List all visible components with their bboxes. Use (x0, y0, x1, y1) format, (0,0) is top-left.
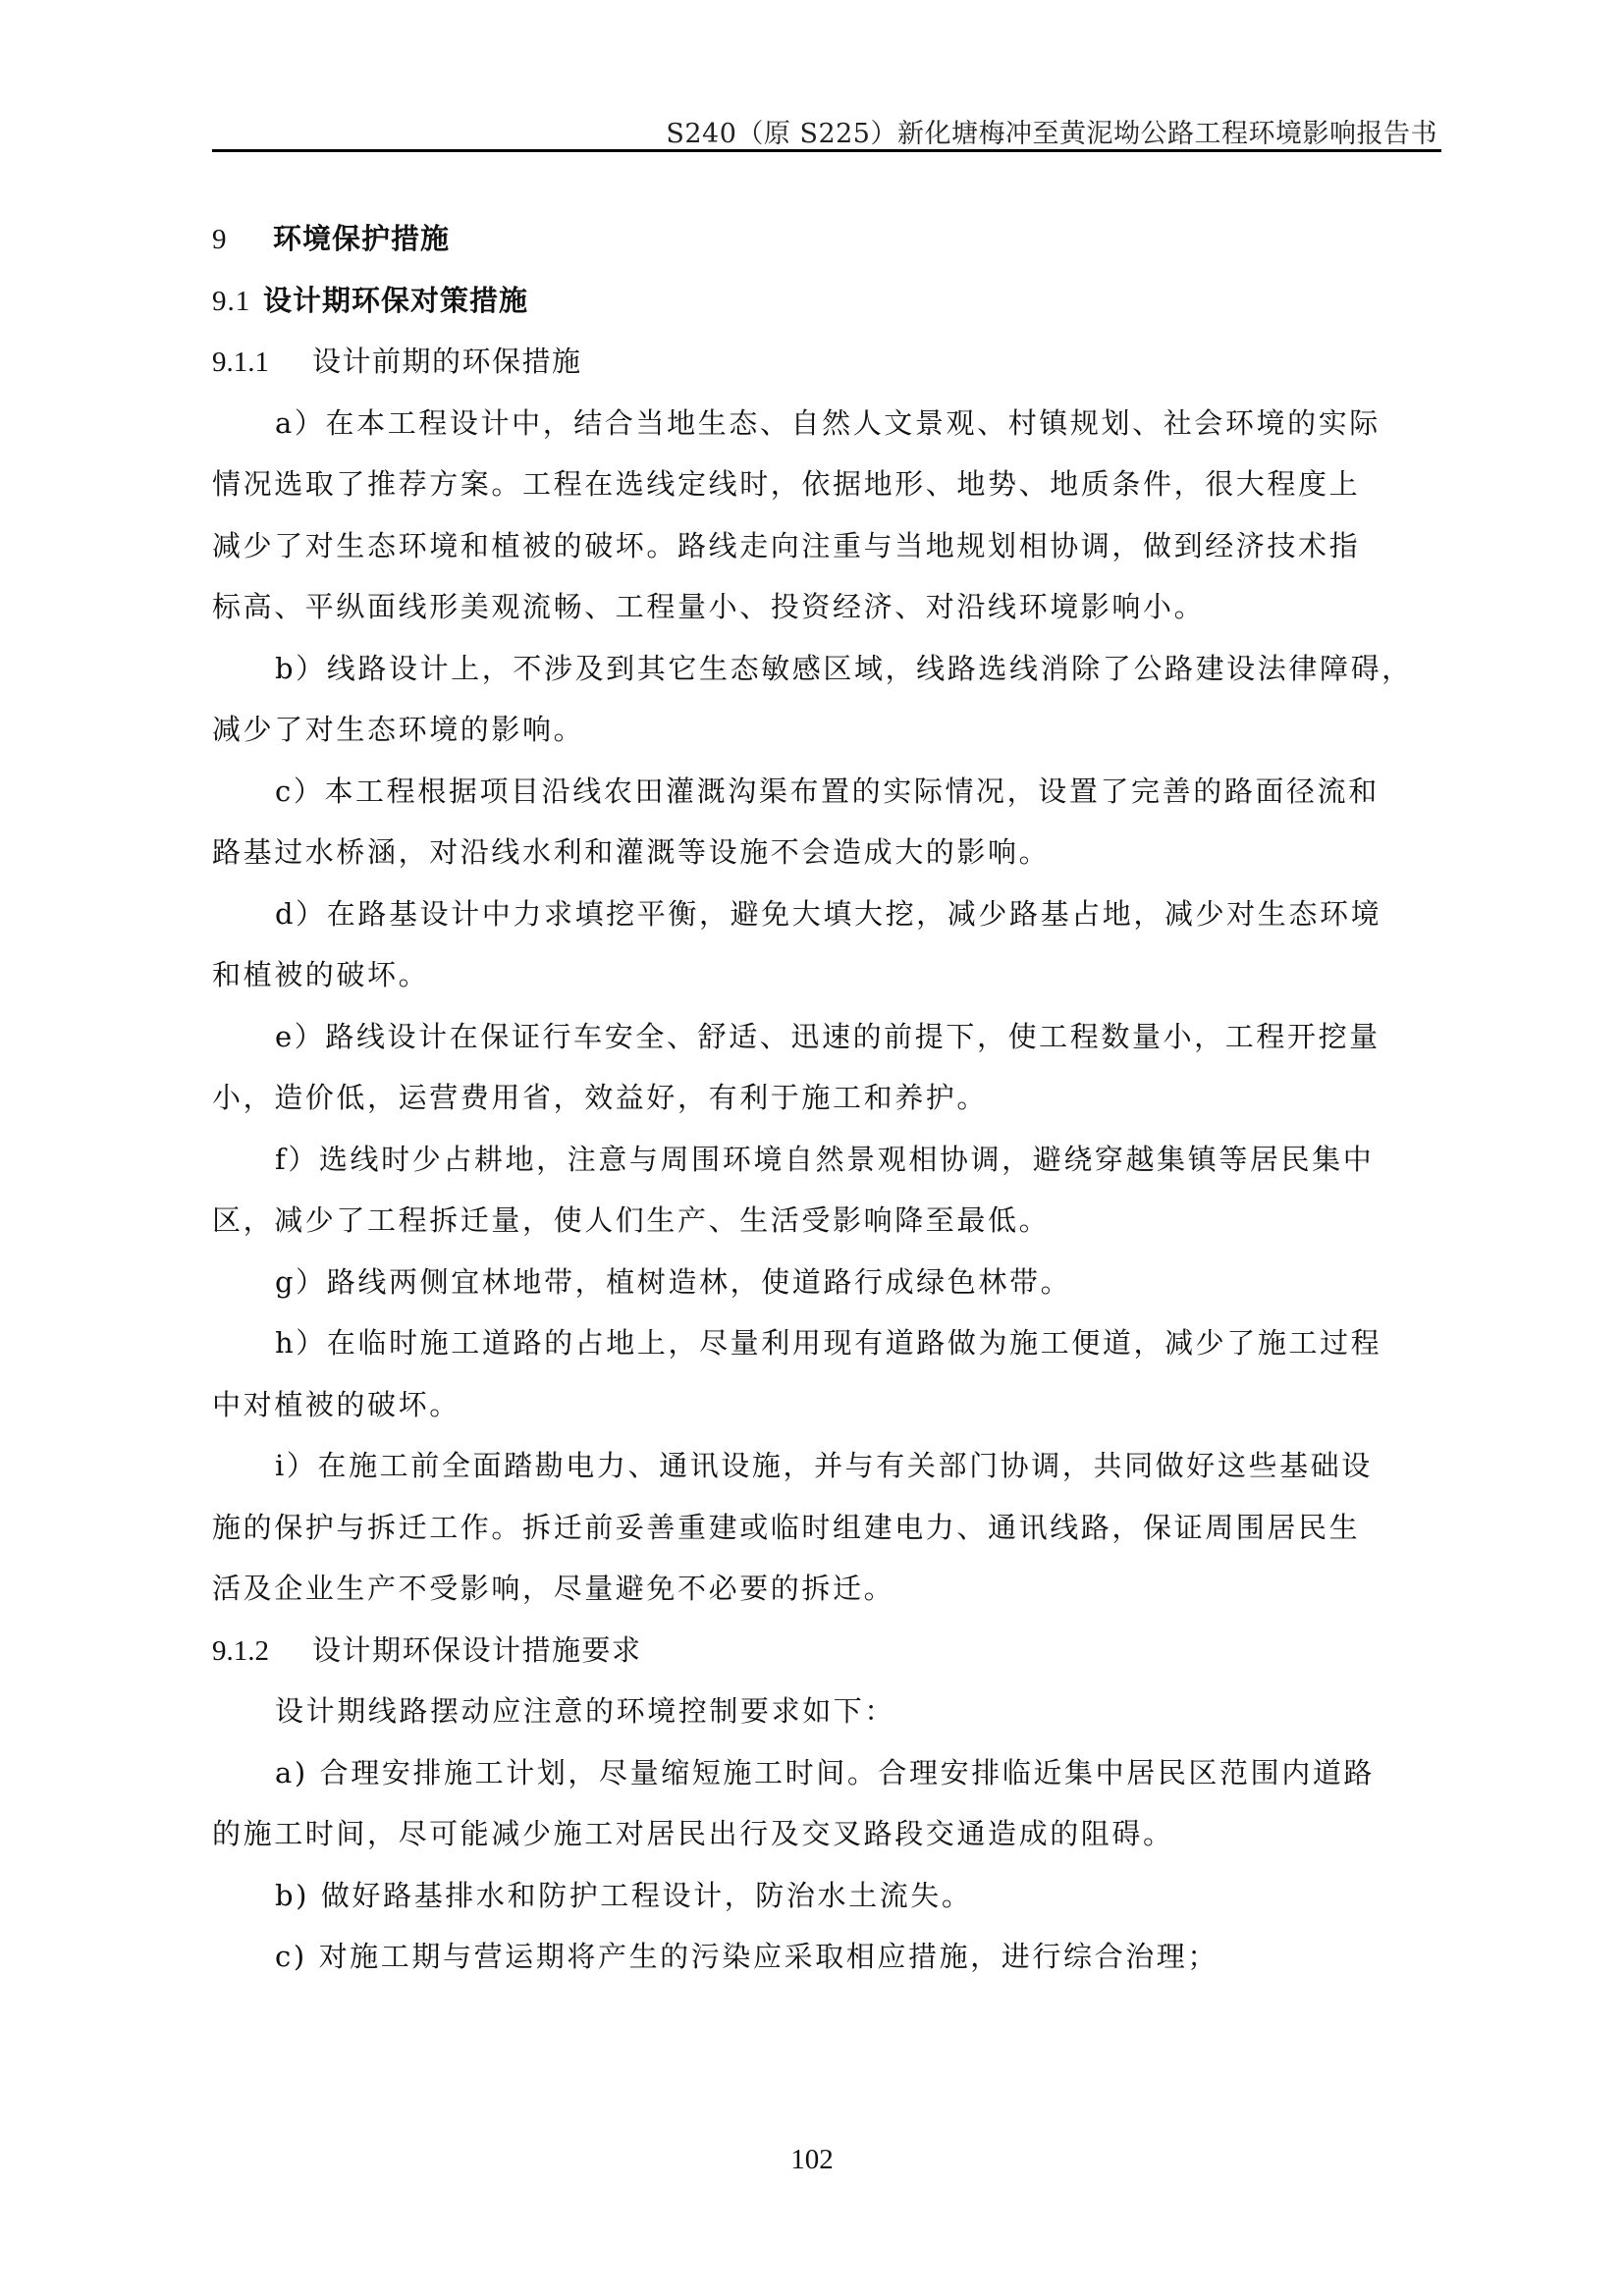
requirement-b: b) 做好路基排水和防护工程设计，防治水土流失。 (212, 1865, 1441, 1927)
paragraph-h: h）在临时施工道路的占地上，尽量利用现有道路做为施工便道，减少了施工过程 中对植… (212, 1312, 1441, 1435)
paragraph-g: g）路线两侧宜林地带，植树造林，使道路行成绿色林带。 (212, 1252, 1441, 1313)
paragraph-line: 施的保护与拆迁工作。拆迁前妥善重建或临时组建电力、通讯线路，保证周围居民生 (212, 1497, 1441, 1559)
paragraph-line: 路基过水桥涵，对沿线水利和灌溉等设施不会造成大的影响。 (212, 822, 1441, 883)
paragraph-line: 标高、平纵面线形美观流畅、工程量小、投资经济、对沿线环境影响小。 (212, 576, 1441, 638)
paragraph-line: 的施工时间，尽可能减少施工对居民出行及交叉路段交通造成的阻碍。 (212, 1803, 1441, 1865)
paragraph-line: 情况选取了推荐方案。工程在选线定线时，依据地形、地势、地质条件，很大程度上 (212, 454, 1441, 515)
paragraph-line: b) 做好路基排水和防护工程设计，防治水土流失。 (212, 1865, 1441, 1927)
requirement-c: c) 对施工期与营运期将产生的污染应采取相应措施，进行综合治理； (212, 1926, 1441, 1988)
paragraph-line: c）本工程根据项目沿线农田灌溉沟渠布置的实际情况，设置了完善的路面径流和 (212, 761, 1441, 823)
paragraph-line: b）线路设计上，不涉及到其它生态敏感区域，线路选线消除了公路建设法律障碍， (212, 638, 1441, 700)
document-body: 9环境保护措施 9.1设计期环保对策措施 9.1.1设计前期的环保措施 a）在本… (212, 208, 1441, 1988)
report-title: S240（原 S225）新化塘梅冲至黄泥坳公路工程环境影响报告书 (666, 112, 1437, 150)
paragraph-line: 减少了对生态环境的影响。 (212, 699, 1441, 761)
paragraph-d: d）在路基设计中力求填挖平衡，避免大填大挖，减少路基占地，减少对生态环境 和植被… (212, 883, 1441, 1006)
heading-number: 9 (212, 209, 273, 271)
paragraph-i: i）在施工前全面踏勘电力、通讯设施，并与有关部门协调，共同做好这些基础设 施的保… (212, 1435, 1441, 1620)
paragraph-line: a）在本工程设计中，结合当地生态、自然人文景观、村镇规划、社会环境的实际 (212, 393, 1441, 454)
heading-title: 设计期环保设计措施要求 (312, 1633, 642, 1667)
paragraph-line: c) 对施工期与营运期将产生的污染应采取相应措施，进行综合治理； (212, 1926, 1441, 1988)
paragraph-a: a）在本工程设计中，结合当地生态、自然人文景观、村镇规划、社会环境的实际 情况选… (212, 393, 1441, 638)
paragraph-line: g）路线两侧宜林地带，植树造林，使道路行成绿色林带。 (212, 1252, 1441, 1313)
heading-number: 9.1.1 (212, 332, 312, 394)
paragraph-line: 区，减少了工程拆迁量，使人们生产、生活受影响降至最低。 (212, 1190, 1441, 1252)
heading-section-9-1-1: 9.1.1设计前期的环保措施 (212, 331, 1441, 393)
paragraph-line: d）在路基设计中力求填挖平衡，避免大填大挖，减少路基占地，减少对生态环境 (212, 883, 1441, 945)
heading-title: 设计期环保对策措施 (263, 284, 528, 317)
paragraph-f: f）选线时少占耕地，注意与周围环境自然景观相协调，避绕穿越集镇等居民集中 区，减… (212, 1129, 1441, 1252)
heading-section-9-1-2: 9.1.2设计期环保设计措施要求 (212, 1620, 1441, 1682)
paragraph-line: 小，造价低，运营费用省，效益好，有利于施工和养护。 (212, 1067, 1441, 1129)
paragraph-line: i）在施工前全面踏勘电力、通讯设施，并与有关部门协调，共同做好这些基础设 (212, 1435, 1441, 1497)
paragraph-b: b）线路设计上，不涉及到其它生态敏感区域，线路选线消除了公路建设法律障碍， 减少… (212, 638, 1441, 761)
paragraph-line: 和植被的破坏。 (212, 944, 1441, 1006)
heading-title: 设计前期的环保措施 (312, 345, 582, 378)
paragraph-line: 活及企业生产不受影响，尽量避免不必要的拆迁。 (212, 1558, 1441, 1620)
heading-section-9-1: 9.1设计期环保对策措施 (212, 270, 1441, 332)
paragraph-e: e）路线设计在保证行车安全、舒适、迅速的前提下，使工程数量小，工程开挖量 小，造… (212, 1006, 1441, 1129)
heading-chapter-9: 9环境保护措施 (212, 208, 1441, 270)
paragraph-line: f）选线时少占耕地，注意与周围环境自然景观相协调，避绕穿越集镇等居民集中 (212, 1129, 1441, 1191)
requirement-a: a) 合理安排施工计划，尽量缩短施工时间。合理安排临近集中居民区范围内道路 的施… (212, 1742, 1441, 1865)
paragraph-line: h）在临时施工道路的占地上，尽量利用现有道路做为施工便道，减少了施工过程 (212, 1312, 1441, 1374)
paragraph-c: c）本工程根据项目沿线农田灌溉沟渠布置的实际情况，设置了完善的路面径流和 路基过… (212, 761, 1441, 883)
paragraph-line: 中对植被的破坏。 (212, 1374, 1441, 1436)
page-number: 102 (0, 2144, 1624, 2176)
paragraph-line: a) 合理安排施工计划，尽量缩短施工时间。合理安排临近集中居民区范围内道路 (212, 1742, 1441, 1804)
header-divider (212, 149, 1441, 152)
paragraph-line: e）路线设计在保证行车安全、舒适、迅速的前提下，使工程数量小，工程开挖量 (212, 1006, 1441, 1068)
heading-title: 环境保护措施 (273, 222, 450, 255)
heading-number: 9.1 (212, 271, 263, 333)
heading-number: 9.1.2 (212, 1621, 312, 1682)
section-intro: 设计期线路摆动应注意的环境控制要求如下： (212, 1681, 1441, 1742)
paragraph-line: 减少了对生态环境和植被的破坏。路线走向注重与当地规划相协调，做到经济技术指 (212, 515, 1441, 577)
